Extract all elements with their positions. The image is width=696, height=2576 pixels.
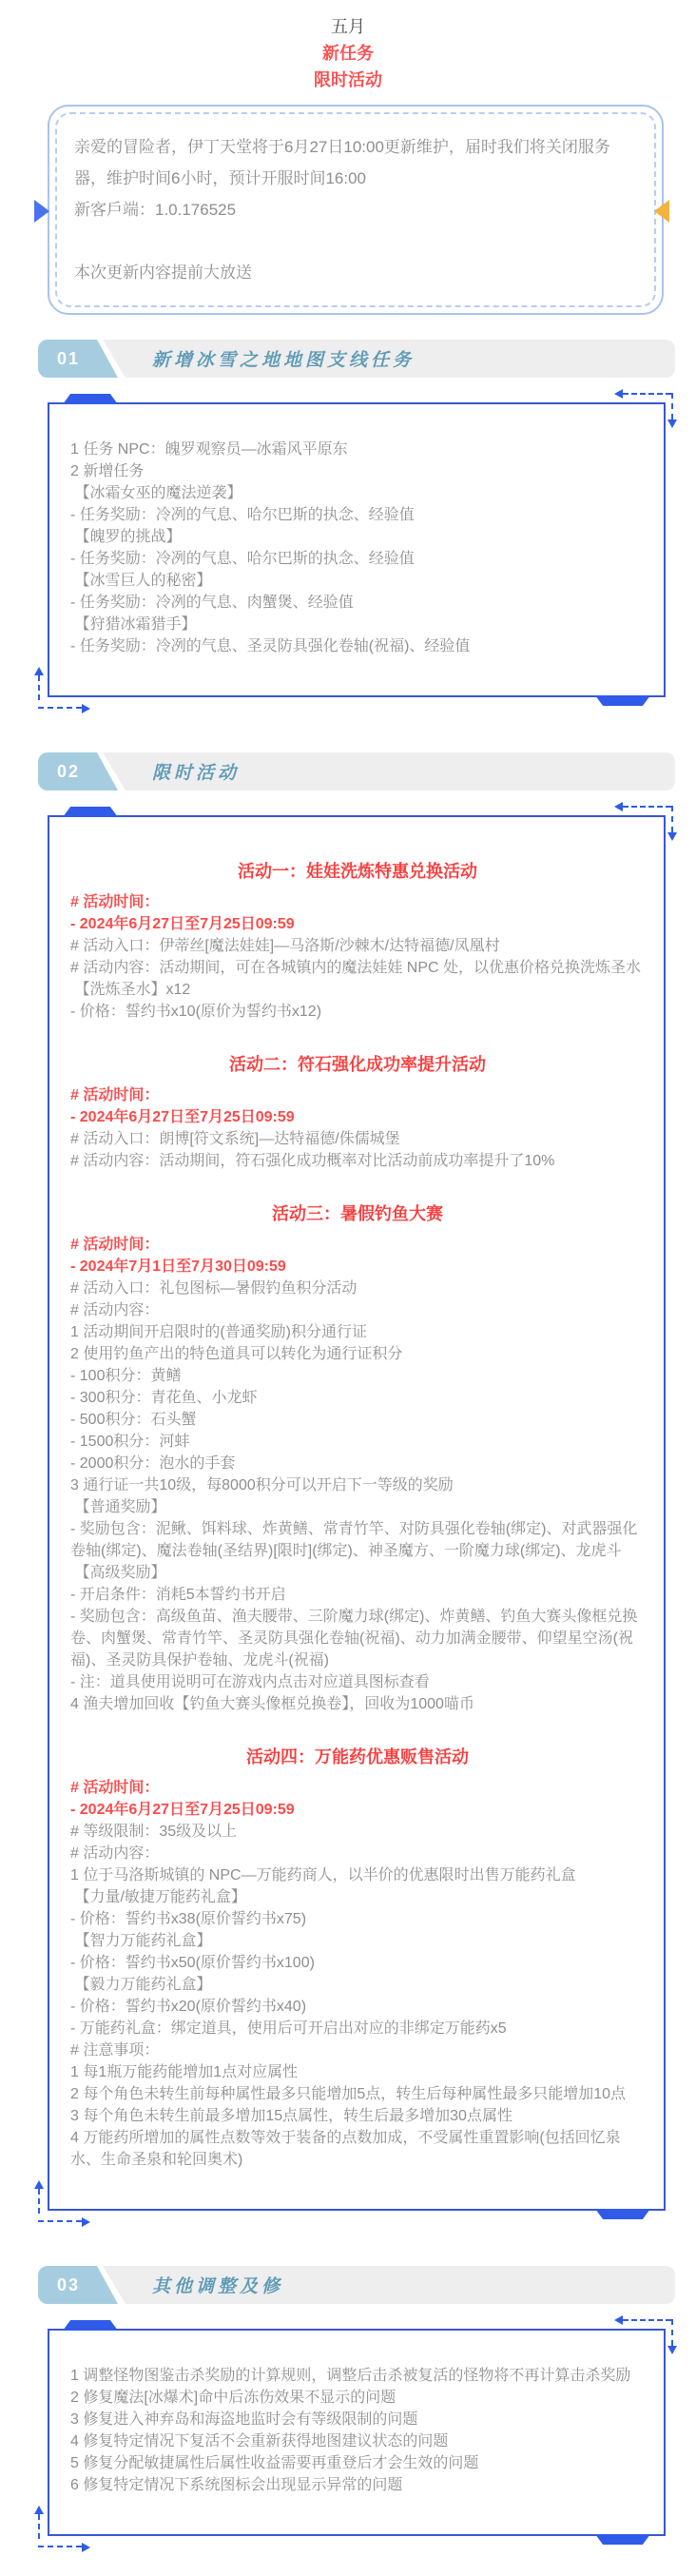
content-line: - 万能药礼盒：绑定道具，使用后可开启出对应的非绑定万能药x5: [70, 2018, 645, 2039]
dashed-line: [38, 675, 40, 700]
activity-title: 活动二：符石强化成功率提升活动: [70, 1044, 645, 1084]
content-line: # 活动内容：: [70, 1843, 645, 1864]
arrow-up-icon: [34, 2180, 44, 2189]
content-line: 1 调整怪物图鉴击杀奖励的计算规则，调整后击杀被复活的怪物将不再计算击杀奖励: [70, 2365, 645, 2387]
content-line: - 100积分：黄鳝: [70, 1365, 645, 1387]
content-line: 【冰雪巨人的秘密】: [70, 570, 645, 592]
content-line: 2 修复魔法[冰爆术]命中后冻伤效果不显示的问题: [70, 2387, 645, 2409]
section-02-box: 活动一：娃娃洗炼特惠兑换活动# 活动时间：- 2024年6月27日至7月25日0…: [48, 815, 666, 2211]
announcement-text: 亲爱的冒险者，伊丁天堂将于6月27日10:00更新维护，届时我们将关闭服务器，维…: [74, 131, 637, 288]
activity-title: 活动三：暑假钓鱼大赛: [70, 1194, 645, 1234]
content-line: - 300积分：青花鱼、小龙虾: [70, 1387, 645, 1409]
content-line: 4 修复特定情况下复活不会重新获得地图建议状态的问题: [70, 2430, 645, 2452]
section-02-title: 限时活动: [152, 759, 240, 785]
section-02-header: 02 限时活动: [38, 752, 675, 790]
content-line: # 活动入口：朗博[符文系统]—达特福德/侏儒城堡: [70, 1128, 645, 1150]
content-line: - 2024年6月27日至7月25日09:59: [70, 1799, 645, 1821]
content-line: [70, 1715, 645, 1737]
content-line: 2 使用钓鱼产出的特色道具可以转化为通行证积分: [70, 1343, 645, 1365]
dashed-line: [671, 806, 673, 832]
content-line: - 500积分：石头蟹: [70, 1409, 645, 1431]
content-line: - 开启条件：消耗5本誓约书开启: [70, 1584, 645, 1606]
activity-title: 活动四：万能药优惠贩售活动: [70, 1737, 645, 1777]
content-line: - 注：道具使用说明可在游戏内点击对应道具图标查看: [70, 1671, 645, 1693]
section-03-number-badge: 03: [38, 2266, 118, 2304]
content-line: # 活动入口：伊蒂丝[魔法娃娃]—马洛斯/沙棘木/达特福德/凤凰村: [70, 935, 645, 957]
content-line: # 活动时间：: [70, 1234, 645, 1256]
content-line: 4 万能药所增加的属性点数等效于装备的点数加成，不受属性重置影响(包括回忆泉水、…: [70, 2127, 645, 2171]
left-triangle-icon: [34, 200, 49, 223]
content-line: 【毅力万能药礼盒】: [70, 1974, 645, 1996]
section-02-badge-wrap: 02: [38, 752, 126, 790]
content-line: # 活动内容：活动期间，可在各城镇内的魔法娃娃 NPC 处，以优惠价格兑换洗炼圣…: [70, 957, 645, 979]
arrow-right-icon: [82, 704, 90, 713]
section-03-content: 1 调整怪物图鉴击杀奖励的计算规则，调整后击杀被复活的怪物将不再计算击杀奖励2 …: [70, 2365, 645, 2496]
corner-arrow-bottom-left-icon: [38, 2180, 97, 2224]
content-line: 6 修复特定情况下系统图标会出现显示异常的问题: [70, 2474, 645, 2496]
dashed-line: [38, 2514, 40, 2539]
dashed-line: [38, 2220, 82, 2222]
dashed-line: [38, 707, 82, 709]
content-line: 1 任务 NPC：魄罗观察员—冰霜风平原东: [70, 439, 645, 460]
content-line: - 价格：誓约书x20(原价誓约书x40): [70, 1996, 645, 2018]
content-line: 【洗炼圣水】x12: [70, 979, 645, 1001]
content-line: - 任务奖励：冷冽的气息、哈尔巴斯的执念、经验值: [70, 548, 645, 570]
tab-decoration-bottom-icon: [595, 2534, 650, 2545]
arrow-left-icon: [614, 802, 623, 811]
section-01-content: 1 任务 NPC：魄罗观察员—冰霜风平原东2 新增任务 【冰霜女巫的魔法逆袭】-…: [70, 439, 645, 657]
content-line: # 活动内容：: [70, 1299, 645, 1321]
content-line: [70, 1023, 645, 1044]
section-02: 02 限时活动 活动一：娃娃洗炼特惠兑换活动# 活动时间：- 2024年6月27…: [0, 752, 696, 2211]
section-01: 01 新增冰雪之地地图支线任务 1 任务 NPC：魄罗观察员—冰霜风平原东2 新…: [0, 340, 696, 697]
arrow-left-icon: [614, 2315, 623, 2325]
tab-decoration-top-icon: [63, 394, 118, 404]
content-line: - 2024年6月27日至7月25日09:59: [70, 913, 645, 935]
content-line: [70, 1172, 645, 1194]
content-line: # 活动时间：: [70, 1777, 645, 1799]
arrow-up-icon: [34, 667, 44, 675]
corner-arrow-bottom-left-icon: [38, 2506, 97, 2549]
corner-arrow-top-right-icon: [614, 2319, 673, 2359]
arrow-right-icon: [82, 2543, 90, 2552]
corner-arrow-bottom-left-icon: [38, 667, 97, 711]
section-02-number-badge: 02: [38, 752, 118, 790]
dashed-line: [38, 2189, 40, 2214]
section-01-title: 新增冰雪之地地图支线任务: [152, 346, 415, 372]
content-line: # 活动时间：: [70, 891, 645, 913]
content-line: 3 修复进入神弃岛和海盗地监时会有等级限制的问题: [70, 2409, 645, 2430]
content-line: # 活动入口：礼包图标—暑假钓鱼积分活动: [70, 1278, 645, 1299]
section-01-badge-wrap: 01: [38, 340, 126, 378]
tab-decoration-top-icon: [63, 2320, 118, 2331]
content-line: 1 每1瓶万能药能增加1点对应属性: [70, 2061, 645, 2083]
dashed-line: [671, 393, 673, 420]
content-line: 2 新增任务: [70, 460, 645, 482]
content-line: 3 每个角色未转生前最多增加15点属性，转生后最多增加30点属性: [70, 2105, 645, 2127]
tab-decoration-top-icon: [63, 807, 118, 817]
dashed-line: [671, 2319, 673, 2346]
content-line: - 价格：誓约书x10(原价为誓约书x12): [70, 1001, 645, 1023]
content-line: - 任务奖励：冷冽的气息、肉蟹煲、经验值: [70, 592, 645, 614]
content-line: - 任务奖励：冷冽的气息、哈尔巴斯的执念、经验值: [70, 504, 645, 526]
dashed-line: [623, 806, 671, 808]
announcement-line: 新客戶端：1.0.176525: [74, 194, 637, 225]
content-line: 【普通奖励】: [70, 1496, 645, 1518]
content-line: 【智力万能药礼盒】: [70, 1930, 645, 1952]
content-line: # 活动内容：活动期间，符石强化成功概率对比活动前成功率提升了10%: [70, 1150, 645, 1172]
section-01-header: 01 新增冰雪之地地图支线任务: [38, 340, 675, 378]
section-03-box: 1 调整怪物图鉴击杀奖励的计算规则，调整后击杀被复活的怪物将不再计算击杀奖励2 …: [48, 2329, 666, 2536]
section-01-box: 1 任务 NPC：魄罗观察员—冰霜风平原东2 新增任务 【冰霜女巫的魔法逆袭】-…: [48, 402, 666, 697]
arrow-down-icon: [667, 420, 677, 428]
content-line: - 1500积分：河蚌: [70, 1431, 645, 1453]
content-line: # 注意事项：: [70, 2039, 645, 2061]
page-title-limited-events: 限时活动: [0, 67, 696, 93]
dashed-line: [38, 2546, 82, 2547]
page-title-new-tasks: 新任务: [0, 40, 696, 67]
section-01-number-badge: 01: [38, 340, 118, 378]
content-line: 【力量/敏捷万能药礼盒】: [70, 1886, 645, 1908]
dashed-line: [623, 2319, 671, 2321]
announcement-box: 亲爱的冒险者，伊丁天堂将于6月27日10:00更新维护，届时我们将关闭服务器，维…: [48, 105, 664, 315]
tab-decoration-bottom-icon: [595, 695, 650, 706]
corner-arrow-top-right-icon: [614, 393, 673, 433]
content-line: 3 通行证一共10级，每8000积分可以开启下一等级的奖励: [70, 1474, 645, 1496]
content-line: - 2024年6月27日至7月25日09:59: [70, 1106, 645, 1128]
content-line: # 活动时间：: [70, 1084, 645, 1106]
announcement-line: [74, 225, 637, 257]
announcement-line: 亲爱的冒险者，伊丁天堂将于6月27日10:00更新维护，届时我们将关闭服务器，维…: [74, 131, 637, 194]
content-line: - 奖励包含：泥鳅、饵料球、炸黄鳝、常青竹竿、对防具强化卷轴(绑定)、对武器强化…: [70, 1518, 645, 1562]
content-line: 【冰霜女巫的魔法逆袭】: [70, 482, 645, 504]
content-line: 【高级奖励】: [70, 1562, 645, 1584]
content-line: 【狩猎冰霜猎手】: [70, 614, 645, 635]
content-line: - 奖励包含：高级鱼苗、渔夫腰带、三阶魔力球(绑定)、炸黄鳝、钓鱼大赛头像框兑换…: [70, 1606, 645, 1671]
content-line: 4 渔夫增加回收【钓鱼大赛头像框兑换卷】，回收为1000喵币: [70, 1693, 645, 1715]
corner-arrow-top-right-icon: [614, 806, 673, 846]
section-03: 03 其他调整及修 1 调整怪物图鉴击杀奖励的计算规则，调整后击杀被复活的怪物将…: [0, 2266, 696, 2536]
page-title-block: 五月 新任务 限时活动: [0, 13, 696, 93]
content-line: - 2024年7月1日至7月30日09:59: [70, 1256, 645, 1278]
tab-decoration-bottom-icon: [595, 2209, 650, 2219]
right-triangle-icon: [654, 200, 669, 223]
activity-title: 活动一：娃娃洗炼特惠兑换活动: [70, 851, 645, 891]
content-line: 【魄罗的挑战】: [70, 526, 645, 548]
announcement-line: 本次更新内容提前大放送: [74, 257, 637, 288]
content-line: - 2000积分：泡水的手套: [70, 1453, 645, 1474]
dashed-line: [623, 393, 671, 395]
arrow-left-icon: [614, 389, 623, 399]
content-line: 1 位于马洛斯城镇的 NPC—万能药商人，以半价的优惠限时出售万能药礼盒: [70, 1864, 645, 1886]
content-line: 2 每个角色未转生前每种属性最多只能增加5点，转生后每种属性最多只能增加10点: [70, 2083, 645, 2105]
content-line: - 任务奖励：冷冽的气息、圣灵防具强化卷轴(祝福)、经验值: [70, 635, 645, 657]
content-line: # 等级限制：35级及以上: [70, 1821, 645, 1843]
page: 五月 新任务 限时活动 亲爱的冒险者，伊丁天堂将于6月27日10:00更新维护，…: [0, 13, 696, 2536]
section-02-content: 活动一：娃娃洗炼特惠兑换活动# 活动时间：- 2024年6月27日至7月25日0…: [70, 851, 645, 2171]
section-03-title: 其他调整及修: [152, 2273, 283, 2298]
section-03-header: 03 其他调整及修: [38, 2266, 675, 2304]
content-line: 5 修复分配敏捷属性后属性收益需要再重登后才会生效的问题: [70, 2452, 645, 2474]
section-03-badge-wrap: 03: [38, 2266, 126, 2304]
arrow-up-icon: [34, 2506, 44, 2514]
arrow-right-icon: [82, 2217, 90, 2227]
arrow-down-icon: [667, 2346, 677, 2354]
content-line: 1 活动期间开启限时的(普通奖励)积分通行证: [70, 1321, 645, 1343]
arrow-down-icon: [667, 832, 677, 841]
content-line: - 价格：誓约书x38(原价誓约书x75): [70, 1908, 645, 1930]
page-title-month: 五月: [0, 13, 696, 40]
content-line: - 价格：誓约书x50(原价誓约书x100): [70, 1952, 645, 1974]
